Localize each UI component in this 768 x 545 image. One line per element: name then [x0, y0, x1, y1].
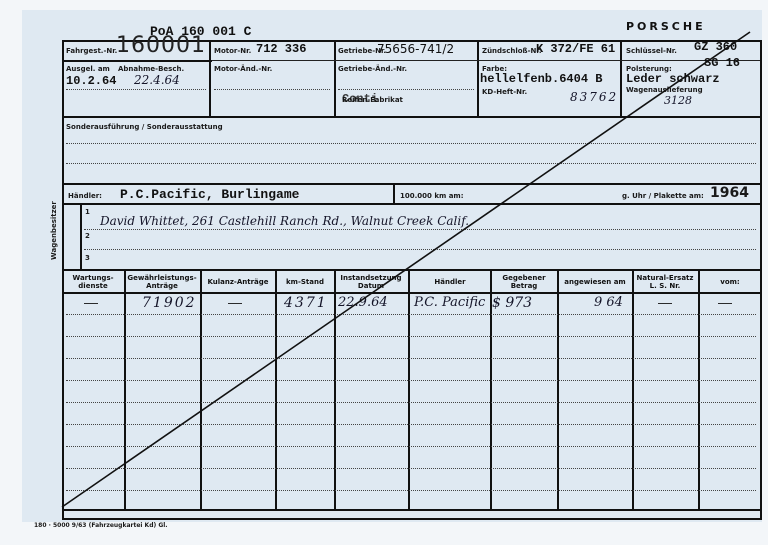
diagonal-cancel-line: [22, 10, 762, 522]
vehicle-record-card: PoA 160 001 C PORSCHE Fahrgest.-Nr. 1600…: [22, 10, 762, 522]
print-code: 180 · 5000 9/63 (Fahrzeugkartei Kd) Gl.: [34, 522, 168, 529]
